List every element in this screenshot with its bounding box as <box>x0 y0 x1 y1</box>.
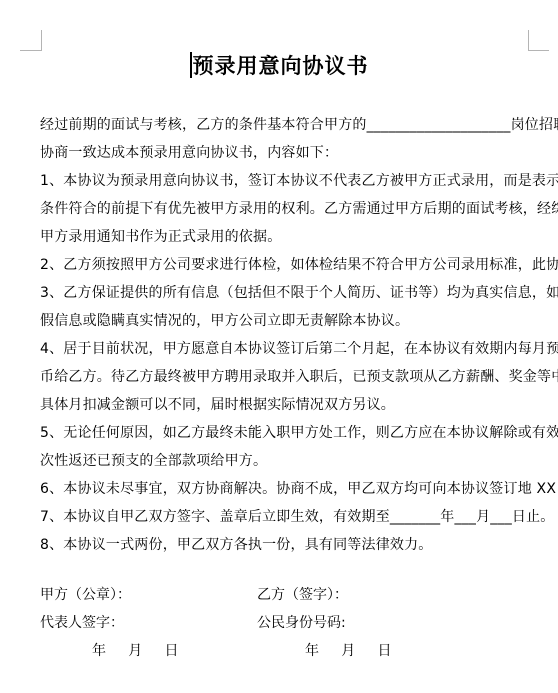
signature-row: 代表人签字： 公民身份号码: <box>40 609 534 637</box>
body-line[interactable]: 协商一致达成本预录用意向协议书，内容如下： <box>40 139 534 167</box>
body-line[interactable]: 5、无论任何原因，如乙方最终未能入职甲方处工作，则乙方应在本协议解除或有效期届满… <box>40 419 534 447</box>
signature-block: 甲方（公章）： 乙方（签字）： 代表人签字： 公民身份号码: 年 月 日 年 月… <box>40 581 534 665</box>
representative-signature-label[interactable]: 代表人签字： <box>40 609 124 637</box>
body-line[interactable]: 3、乙方保证提供的所有信息（包括但不限于个人简历、证书等）均为真实信息，如发现任… <box>40 279 534 307</box>
signature-row: 年 月 日 年 月 日 <box>40 637 534 665</box>
document-page[interactable]: 预录用意向协议书 经过前期的面试与考核，乙方的条件基本符合甲方的________… <box>0 0 558 693</box>
body-line[interactable]: 币给乙方。待乙方最终被甲方聘用录取并入职后，已预支款项从乙方薪酬、奖金等中逐月扣… <box>40 363 534 391</box>
body-line[interactable]: 次性返还已预支的全部款项给甲方。 <box>40 447 534 475</box>
document-title[interactable]: 预录用意向协议书 <box>193 54 369 78</box>
margin-crop-mark-top-left-vertical <box>41 30 42 50</box>
body-line[interactable]: 8、本协议一式两份，甲乙双方各执一份，具有同等法律效力。 <box>40 531 534 559</box>
party-b-date-line[interactable]: 年 月 日 <box>305 637 392 665</box>
body-line[interactable]: 4、居于目前状况，甲方愿意自本协议签订后第二个月起，在本协议有效期内每月预支 X… <box>40 335 534 363</box>
body-line[interactable]: 2、乙方须按照甲方公司要求进行体检，如体检结果不符合甲方公司录用标准，此协议自动… <box>40 251 534 279</box>
title-row: 预录用意向协议书 <box>0 50 558 82</box>
signature-row: 甲方（公章）： 乙方（签字）： <box>40 581 534 609</box>
party-b-sign-label[interactable]: 乙方（签字）： <box>257 581 348 609</box>
party-a-seal-label[interactable]: 甲方（公章）： <box>40 581 131 609</box>
body-line[interactable]: 具体月扣减金额可以不同，届时根据实际情况双方另议。 <box>40 391 534 419</box>
body-line[interactable]: 1、本协议为预录用意向协议书，签订本协议不代表乙方被甲方正式录用，而是表示乙方在… <box>40 167 534 195</box>
text-cursor <box>190 52 192 78</box>
citizen-id-number-label[interactable]: 公民身份号码: <box>257 609 346 637</box>
body-line[interactable]: 条件符合的前提下有优先被甲方录用的权利。乙方需通过甲方后期的面试考核，经综合评估… <box>40 195 534 223</box>
body-line[interactable]: 经过前期的面试与考核，乙方的条件基本符合甲方的_________________… <box>40 111 534 139</box>
body-line[interactable]: 7、本协议自甲乙双方签字、盖章后立即生效，有效期至_______年___月___… <box>40 503 534 531</box>
body-line[interactable]: 假信息或隐瞒真实情况的，甲方公司立即无责解除本协议。 <box>40 307 534 335</box>
body-line[interactable]: 甲方录用通知书作为正式录用的依据。 <box>40 223 534 251</box>
body-line[interactable]: 6、本协议未尽事宜，双方协商解决。协商不成，甲乙双方均可向本协议签订地 XX 法… <box>40 475 534 503</box>
party-a-date-line[interactable]: 年 月 日 <box>92 637 179 665</box>
document-body[interactable]: 经过前期的面试与考核，乙方的条件基本符合甲方的_________________… <box>40 111 534 559</box>
margin-crop-mark-top-right-vertical <box>528 30 529 50</box>
